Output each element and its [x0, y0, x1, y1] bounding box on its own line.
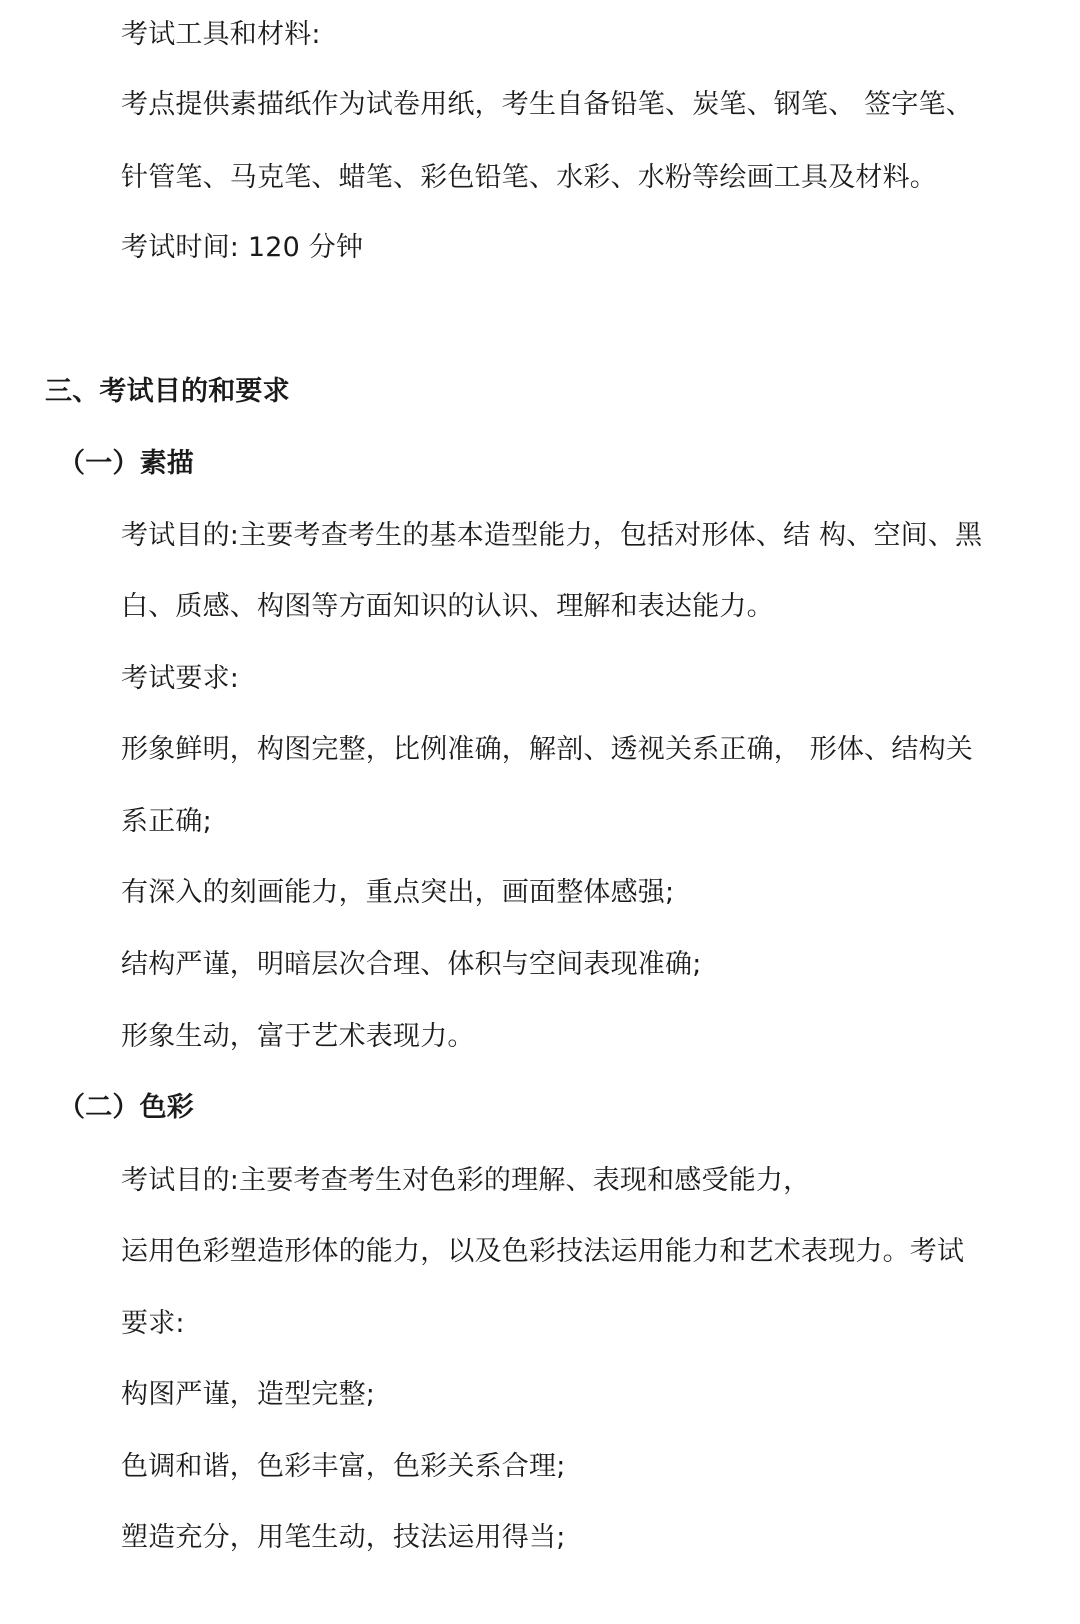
paragraph-line: 有深入的刻画能力，重点突出，画面整体感强; — [121, 875, 674, 911]
section-heading: 三、考试目的和要求 — [45, 374, 290, 410]
paragraph-line: 形象生动，富于艺术表现力。 — [121, 1019, 475, 1055]
paragraph-line: 针管笔、马克笔、蜡笔、彩色铅笔、水彩、水粉等绘画工具及材料。 — [121, 160, 937, 196]
paragraph-line: 白、质感、构图等方面知识的认识、理解和表达能力。 — [121, 589, 774, 625]
paragraph-line: 构图严谨，造型完整; — [121, 1377, 375, 1413]
paragraph-line: 考试时间: 120 分钟 — [121, 230, 363, 266]
paragraph-line: 考试目的:主要考查考生的基本造型能力，包括对形体、结 构、空间、黑 — [121, 518, 982, 554]
subsection-heading: （二）色彩 — [58, 1090, 194, 1126]
paragraph-line: 结构严谨，明暗层次合理、体积与空间表现准确; — [121, 947, 702, 983]
paragraph-line: 考试目的:主要考查考生对色彩的理解、表现和感受能力， — [121, 1163, 810, 1199]
paragraph-line: 运用色彩塑造形体的能力，以及色彩技法运用能力和艺术表现力。考试 — [121, 1234, 964, 1270]
paragraph-line: 考试要求: — [121, 661, 239, 697]
paragraph-line: 色调和谐，色彩丰富，色彩关系合理; — [121, 1449, 566, 1485]
paragraph-line: 考点提供素描纸作为试卷用纸，考生自备铅笔、炭笔、钢笔、 签字笔、 — [121, 87, 973, 123]
paragraph-line: 塑造充分，用笔生动，技法运用得当; — [121, 1520, 566, 1556]
subsection-heading: （一）素描 — [58, 446, 194, 482]
paragraph-line: 形象鲜明，构图完整，比例准确，解剖、透视关系正确， 形体、结构关 — [121, 732, 973, 768]
paragraph-line: 要求: — [121, 1306, 185, 1342]
paragraph-line: 系正确; — [121, 804, 212, 840]
paragraph-line: 考试工具和材料: — [121, 17, 321, 53]
